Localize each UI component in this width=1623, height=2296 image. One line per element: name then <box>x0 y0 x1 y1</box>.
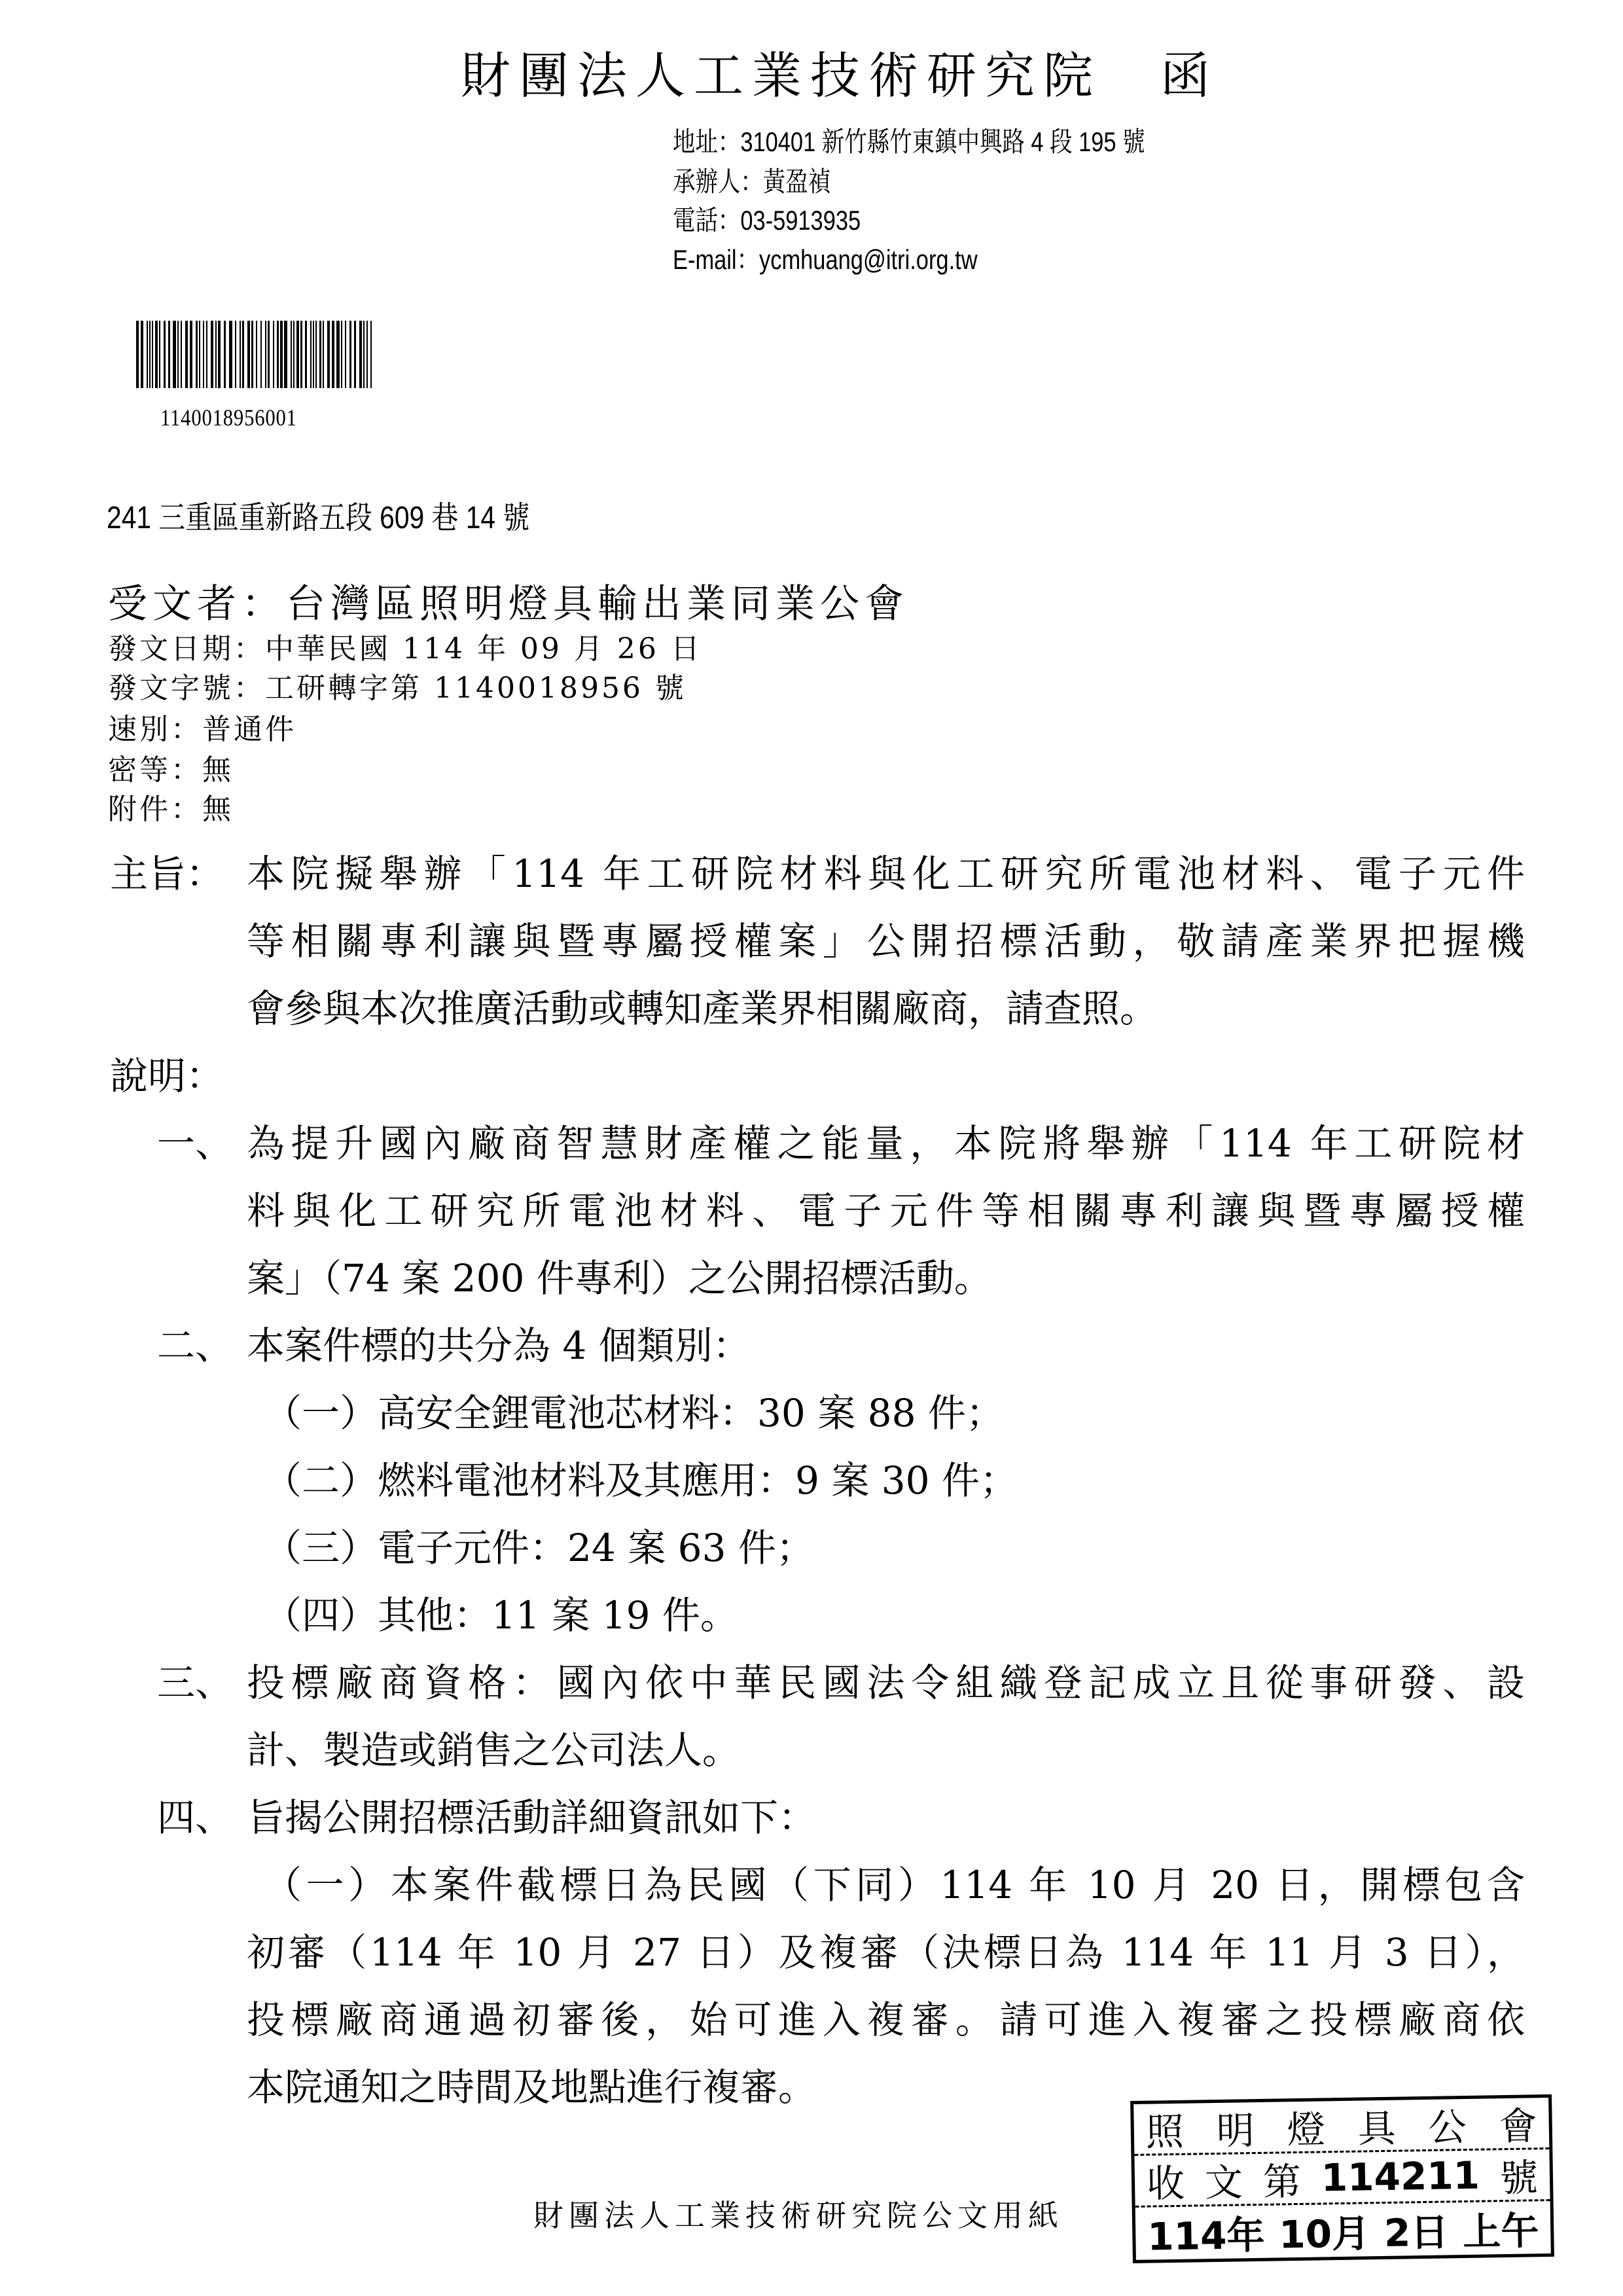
subject-line: 等相關專利讓與暨專屬授權案」公開招標活動，敬請產業界把握機 <box>247 922 1525 960</box>
subject-line: 會參與本次推廣活動或轉知產業界相關廠商，請查照。 <box>247 990 1525 1028</box>
stamp-char: 會 <box>1499 2095 1537 2151</box>
stamp-char: 收 <box>1146 2153 1185 2208</box>
stamp-date-row: 114年 10月 2日 上午 <box>1135 2201 1551 2259</box>
item-line: 計、製造或銷售之公司法人。 <box>247 1731 1525 1769</box>
document-title: 財團法人工業技術研究院函 <box>461 51 1219 101</box>
barcode-number: 1140018956001 <box>160 406 297 429</box>
attachment: 附件：無 <box>108 795 234 824</box>
sub-item: （三）電子元件：24 案 63 件； <box>264 1529 814 1567</box>
item-number: 二、 <box>157 1327 233 1365</box>
stamp-org-row: 照 明 燈 具 公 會 <box>1133 2098 1549 2156</box>
classification: 密等：無 <box>108 756 234 785</box>
handler: 承辦人：黃盈禎 <box>673 168 830 196</box>
stamp-receipt-number: 114211 <box>1321 2153 1480 2200</box>
stamp-day: 2日 <box>1383 2201 1449 2257</box>
stamp-number-row: 收 文 第 114211 號 <box>1134 2149 1550 2208</box>
sub-item: （一）高安全鋰電池芯材料：30 案 88 件； <box>264 1394 1004 1432</box>
stamp-char: 號 <box>1499 2147 1538 2202</box>
item-line: 旨揭公開招標活動詳細資訊如下： <box>247 1799 1525 1837</box>
barcode <box>136 321 376 388</box>
item-number: 一、 <box>157 1124 233 1162</box>
footer-letterhead: 財團法人工業技術研究院公文用紙 <box>533 2200 1063 2231</box>
stamp-char: 明 <box>1216 2100 1255 2155</box>
item-line: 本案件標的共分為 4 個類別： <box>247 1327 1525 1365</box>
item-line: 投標廠商資格：國內依中華民國法令組織登記成立且從事研發、設 <box>247 1664 1525 1702</box>
doc-number: 發文字號：工研轉字第 1140018956 號 <box>108 674 687 703</box>
subject-line: 本院擬舉辦「114 年工研院材料與化工研究所電池材料、電子元件 <box>247 855 1525 893</box>
barcode-bar <box>372 321 375 388</box>
stamp-char: 照 <box>1145 2101 1184 2157</box>
item-line: 案」（74 案 200 件專利）之公開招標活動。 <box>247 1259 1525 1297</box>
stamp-time: 上午 <box>1463 2200 1539 2256</box>
recipient: 受文者：台灣區照明燈具輸出業同業公會 <box>108 584 909 624</box>
item-number: 四、 <box>157 1799 233 1837</box>
issuer-address: 地址：310401 新竹縣竹東鎮中興路 4 段 195 號 <box>673 128 1145 156</box>
subject-label: 主旨： <box>110 855 224 893</box>
item-line: 料與化工研究所電池材料、電子元件等相關專利讓與暨專屬授權 <box>247 1192 1525 1230</box>
issuer-name: 財團法人工業技術研究院 <box>461 46 1101 105</box>
item-line: 初審（114 年 10 月 27 日）及複審（決標日為 114 年 11 月 3… <box>247 1933 1525 1971</box>
stamp-month: 10月 <box>1279 2202 1370 2259</box>
item-line: 投標廠商通過初審後，始可進入複審。請可進入複審之投標廠商依 <box>247 2001 1525 2039</box>
receipt-stamp: 照 明 燈 具 公 會 收 文 第 114211 號 114年 10月 2日 上… <box>1130 2094 1554 2263</box>
doc-type: 函 <box>1160 46 1219 105</box>
sub-item: （二）燃料電池材料及其應用：9 案 30 件； <box>264 1462 1018 1499</box>
stamp-char: 公 <box>1428 2096 1467 2152</box>
priority: 速別：普通件 <box>108 715 296 744</box>
sub-item: （四）其他：11 案 19 件。 <box>264 1596 738 1634</box>
stamp-char: 文 <box>1204 2151 1243 2207</box>
item-line: 為提升國內廠商智慧財產權之能量，本院將舉辦「114 年工研院材 <box>247 1124 1525 1162</box>
recipient-address: 241 三重區重新路五段 609 巷 14 號 <box>107 503 529 534</box>
sub-item: （一）本案件截標日為民國（下同）114 年 10 月 20 日，開標包含 <box>264 1866 1525 1904</box>
stamp-year: 114年 <box>1147 2204 1265 2261</box>
email: E-mail：ycmhuang@itri.org.tw <box>673 246 978 274</box>
issue-date: 發文日期：中華民國 114 年 09 月 26 日 <box>108 635 702 664</box>
stamp-char: 燈 <box>1287 2098 1325 2154</box>
item-number: 三、 <box>157 1664 233 1702</box>
stamp-char: 第 <box>1262 2151 1301 2206</box>
stamp-char: 具 <box>1357 2098 1396 2153</box>
phone: 電話：03-5913935 <box>673 207 861 234</box>
explanation-label: 說明： <box>110 1057 224 1095</box>
